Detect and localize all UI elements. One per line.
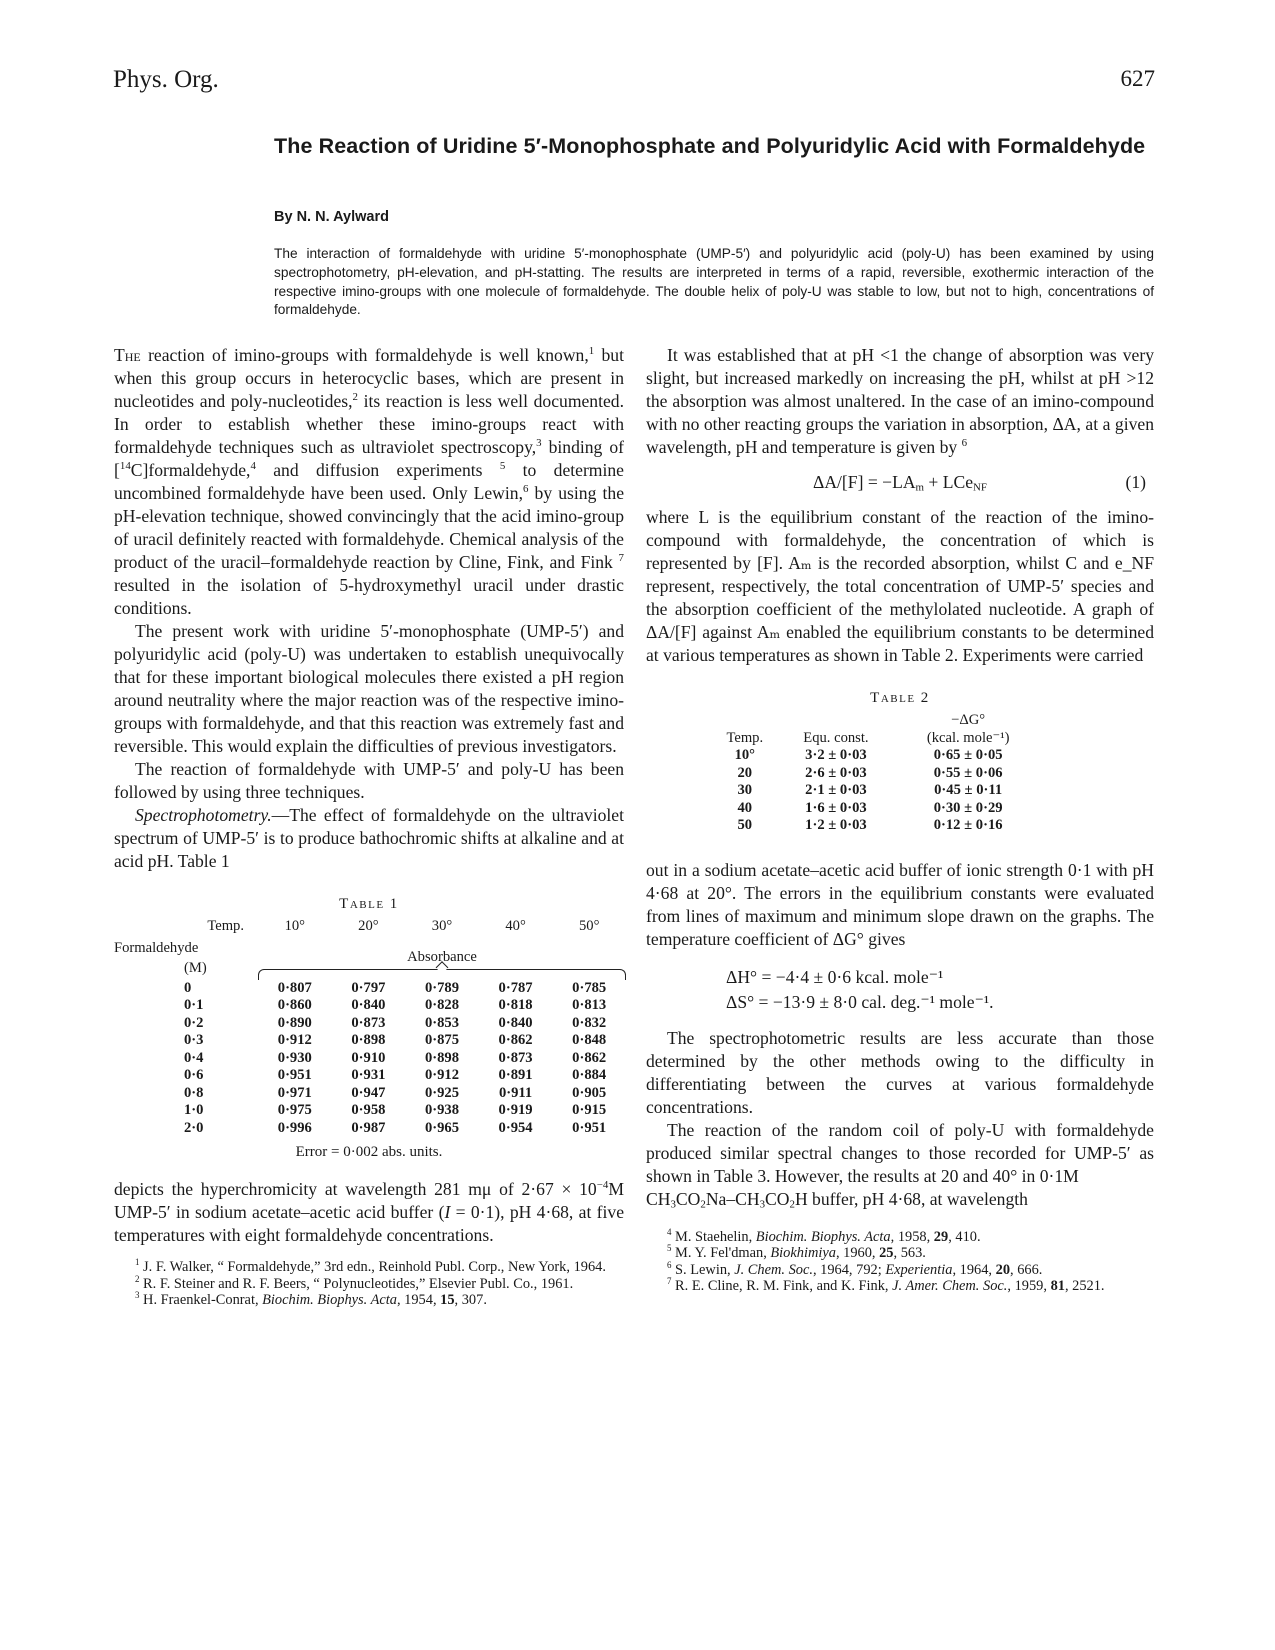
cell: 0·813 (552, 997, 626, 1015)
table-2-title: Table 2 (646, 687, 1154, 710)
journal: Biochim. Biophys. Acta (262, 1292, 397, 1308)
cell: 2·6 ± 0·03 (778, 765, 895, 783)
table-row: 0·10·8600·8400·8280·8180·813 (146, 997, 626, 1015)
cell: 0·905 (552, 1085, 626, 1103)
intro-paragraph: The reaction of imino-groups with formal… (114, 344, 624, 620)
cell: 0·915 (552, 1102, 626, 1120)
temp-header: 30° (405, 918, 479, 936)
cell: 0·910 (332, 1050, 406, 1068)
isotope-mass: 14 (120, 460, 131, 472)
cell: 10° (712, 747, 778, 765)
text: H buffer, pH 4·68, at wavelength (795, 1189, 1028, 1209)
byline: By N. N. Aylward (274, 209, 389, 225)
cell: 0·891 (479, 1067, 553, 1085)
cell: 3·2 ± 0·03 (778, 747, 895, 765)
cell: 0·45 ± 0·11 (894, 782, 1042, 800)
text: , 1964, (952, 1262, 995, 1278)
section-heading: Spectrophotometry. (135, 805, 272, 825)
cell: 0·12 ± 0·16 (894, 817, 1042, 835)
subscript: NF (973, 482, 987, 494)
left-column: The reaction of imino-groups with formal… (114, 344, 624, 1309)
paragraph: depicts the hyperchromicity at wavelengt… (114, 1178, 624, 1247)
conc-cell: 0·1 (146, 997, 258, 1015)
footnote: 1 J. F. Walker, “ Formaldehyde,” 3rd edn… (114, 1259, 624, 1276)
table-1-footer: Error = 0·002 abs. units. (114, 1141, 624, 1164)
text: S. Lewin, (671, 1262, 734, 1278)
text: R. E. Cline, R. M. Fink, and K. Fink, (671, 1278, 892, 1294)
col-header: (kcal. mole⁻¹) (894, 730, 1042, 748)
abstract: The interaction of formaldehyde with uri… (274, 245, 1154, 320)
cell: 0·947 (332, 1085, 406, 1103)
page-number: 627 (1121, 66, 1156, 92)
volume: 25 (879, 1245, 893, 1261)
cell: 0·797 (332, 980, 406, 998)
equation-number: (1) (1125, 471, 1146, 494)
footnote: 2 R. F. Steiner and R. F. Beers, “ Polyn… (114, 1276, 624, 1293)
enthalpy-value: ΔH° = −4·4 ± 0·6 kcal. mole⁻¹ (726, 965, 1154, 990)
cell: 0·848 (552, 1032, 626, 1050)
cell: 0·862 (479, 1032, 553, 1050)
absorbance-brace (258, 969, 626, 980)
col-header: −ΔG° (894, 712, 1042, 730)
table-1-title: Table 1 (114, 893, 624, 916)
ref-7: 7 (619, 552, 624, 564)
text: H. Fraenkel-Conrat, (139, 1292, 262, 1308)
footnotes-right: 4 M. Staehelin, Biochim. Biophys. Acta, … (646, 1229, 1154, 1295)
paragraph: The reaction of the random coil of poly-… (646, 1119, 1154, 1188)
paragraph: The reaction of formaldehyde with UMP-5′… (114, 758, 624, 804)
table-row: 401·6 ± 0·030·30 ± 0·29 (712, 800, 1042, 818)
footnotes-left: 1 J. F. Walker, “ Formaldehyde,” 3rd edn… (114, 1259, 624, 1309)
volume: 29 (934, 1229, 948, 1245)
running-head: Phys. Org. (113, 66, 219, 94)
cell: 0·840 (479, 1015, 553, 1033)
spectrophotometry-paragraph: Spectrophotometry.—The effect of formald… (114, 804, 624, 873)
table-row: 0·80·9710·9470·9250·9110·905 (146, 1085, 626, 1103)
cell: 0·807 (258, 980, 332, 998)
table-1: Temp. 10° 20° 30° 40° 50° Formaldehyde (… (146, 918, 626, 1137)
footnote: 6 S. Lewin, J. Chem. Soc., 1964, 792; Ex… (646, 1262, 1154, 1279)
paragraph: CH3CO2Na–CH3CO2H buffer, pH 4·68, at wav… (646, 1188, 1154, 1211)
text: M. Staehelin, (671, 1229, 755, 1245)
cell: 0·919 (479, 1102, 553, 1120)
volume: 81 (1051, 1278, 1065, 1294)
paragraph: The spectrophotometric results are less … (646, 1027, 1154, 1119)
text: CH (646, 1189, 670, 1209)
conc-cell: 2·0 (146, 1120, 258, 1138)
table-row: 501·2 ± 0·030·12 ± 0·16 (712, 817, 1042, 835)
text: , 563. (894, 1245, 926, 1261)
conc-cell: 0·6 (146, 1067, 258, 1085)
table-row: 1·00·9750·9580·9380·9190·915 (146, 1102, 626, 1120)
cell: 0·789 (405, 980, 479, 998)
cell: 0·65 ± 0·05 (894, 747, 1042, 765)
text: reaction of imino-groups with formaldehy… (141, 345, 589, 365)
cell: 50 (712, 817, 778, 835)
text: , 666. (1010, 1262, 1042, 1278)
text: , 410. (948, 1229, 980, 1245)
footnote: 7 R. E. Cline, R. M. Fink, and K. Fink, … (646, 1278, 1154, 1295)
unit-label: (M) (146, 957, 258, 980)
cell: 0·898 (405, 1050, 479, 1068)
volume: 20 (996, 1262, 1010, 1278)
cell: 0·30 ± 0·29 (894, 800, 1042, 818)
cell: 0·931 (332, 1067, 406, 1085)
journal: Biokhimiya (770, 1245, 836, 1261)
cell: 1·2 ± 0·03 (778, 817, 895, 835)
footnote: 3 H. Fraenkel-Conrat, Biochim. Biophys. … (114, 1292, 624, 1309)
text: , 307. (455, 1292, 487, 1308)
text: CO (676, 1189, 700, 1209)
cell: 0·853 (405, 1015, 479, 1033)
cell: 40 (712, 800, 778, 818)
cell: 0·958 (332, 1102, 406, 1120)
cell: 0·911 (479, 1085, 553, 1103)
journal: Biochim. Biophys. Acta (756, 1229, 891, 1245)
cell: 0·840 (332, 997, 406, 1015)
table-row: 0·40·9300·9100·8980·8730·862 (146, 1050, 626, 1068)
cell: 0·925 (405, 1085, 479, 1103)
text: C]formaldehyde, (131, 460, 251, 480)
text: , 1960, (836, 1245, 879, 1261)
entropy-value: ΔS° = −13·9 ± 8·0 cal. deg.⁻¹ mole⁻¹. (726, 990, 1154, 1015)
table-row: 202·6 ± 0·030·55 ± 0·06 (712, 765, 1042, 783)
paragraph: It was established that at pH <1 the cha… (646, 344, 1154, 459)
text: and diffusion experiments (256, 460, 500, 480)
text: Na–CH (706, 1189, 760, 1209)
text: , 1958, (891, 1229, 934, 1245)
cell: 0·832 (552, 1015, 626, 1033)
conc-cell: 1·0 (146, 1102, 258, 1120)
formaldehyde-label: Formaldehyde (114, 936, 226, 958)
table-row: 10°3·2 ± 0·030·65 ± 0·05 (712, 747, 1042, 765)
equation-1: ΔA/[F] = −LAm + LCeNF (1) (646, 471, 1154, 494)
temp-header: 40° (479, 918, 553, 936)
table-row: 00·8070·7970·7890·7870·785 (146, 980, 626, 998)
temp-header: 50° (552, 918, 626, 936)
volume: 15 (440, 1292, 454, 1308)
footnote-text: R. F. Steiner and R. F. Beers, “ Polynuc… (139, 1276, 573, 1292)
cell: 0·55 ± 0·06 (894, 765, 1042, 783)
table-row: 0·30·9120·8980·8750·8620·848 (146, 1032, 626, 1050)
paragraph: where L is the equilibrium constant of t… (646, 506, 1154, 667)
cell: 0·787 (479, 980, 553, 998)
subscript: m (916, 482, 924, 494)
cell: 0·873 (332, 1015, 406, 1033)
text: CO (765, 1189, 789, 1209)
cell: 2·1 ± 0·03 (778, 782, 895, 800)
cell: 0·951 (552, 1120, 626, 1138)
text: It was established that at pH <1 the cha… (646, 345, 1154, 457)
cell: 0·930 (258, 1050, 332, 1068)
cell: 0·938 (405, 1102, 479, 1120)
cell: 20 (712, 765, 778, 783)
table-row: 0·20·8900·8730·8530·8400·832 (146, 1015, 626, 1033)
col-header: Equ. const. (778, 730, 895, 748)
cell: 0·862 (552, 1050, 626, 1068)
cell: 0·954 (479, 1120, 553, 1138)
conc-cell: 0 (146, 980, 258, 998)
cell: 0·818 (479, 997, 553, 1015)
article-title: The Reaction of Uridine 5′-Monophosphate… (274, 133, 1154, 160)
table-2: −ΔG° Temp. Equ. const. (kcal. mole⁻¹) 10… (712, 712, 1042, 835)
temp-header: 20° (332, 918, 406, 936)
text: , 1964, 792; (813, 1262, 885, 1278)
equation-text: ΔA/[F] = −LA (813, 472, 916, 492)
cell: 0·785 (552, 980, 626, 998)
cell: 30 (712, 782, 778, 800)
paragraph: The present work with uridine 5′-monopho… (114, 620, 624, 758)
text: , 2521. (1065, 1278, 1105, 1294)
cell: 0·971 (258, 1085, 332, 1103)
journal: Experientia (885, 1262, 952, 1278)
cell: 0·951 (258, 1067, 332, 1085)
right-column: It was established that at pH <1 the cha… (646, 344, 1154, 1295)
cell: 0·996 (258, 1120, 332, 1138)
thermodynamic-values: ΔH° = −4·4 ± 0·6 kcal. mole⁻¹ ΔS° = −13·… (726, 965, 1154, 1015)
cell: 0·873 (479, 1050, 553, 1068)
conc-cell: 0·2 (146, 1015, 258, 1033)
paragraph: out in a sodium acetate–acetic acid buff… (646, 859, 1154, 951)
text: M. Y. Fel'dman, (671, 1245, 770, 1261)
text: resulted in the isolation of 5-hydroxyme… (114, 575, 624, 618)
cell: 0·965 (405, 1120, 479, 1138)
ref-6: 6 (962, 437, 967, 449)
cell: 0·884 (552, 1067, 626, 1085)
cell: 0·860 (258, 997, 332, 1015)
exponent: −4 (597, 1179, 609, 1191)
cell: 0·975 (258, 1102, 332, 1120)
cell: 0·875 (405, 1032, 479, 1050)
temp-header: 10° (258, 918, 332, 936)
cell: 0·987 (332, 1120, 406, 1138)
journal: J. Amer. Chem. Soc. (892, 1278, 1007, 1294)
conc-cell: 0·4 (146, 1050, 258, 1068)
text: , 1959, (1007, 1278, 1050, 1294)
table-row: 0·60·9510·9310·9120·8910·884 (146, 1067, 626, 1085)
footnote-text: J. F. Walker, “ Formaldehyde,” 3rd edn.,… (139, 1259, 606, 1275)
footnote: 5 M. Y. Fel'dman, Biokhimiya, 1960, 25, … (646, 1245, 1154, 1262)
lead-in: The (114, 345, 141, 365)
cell: 0·828 (405, 997, 479, 1015)
text: depicts the hyperchromicity at wavelengt… (114, 1179, 597, 1199)
col-header: Temp. (712, 730, 778, 748)
equation-text: + LCe (924, 472, 973, 492)
cell: 0·890 (258, 1015, 332, 1033)
cell: 0·898 (332, 1032, 406, 1050)
temp-label: Temp. (146, 918, 258, 936)
cell: 0·912 (258, 1032, 332, 1050)
conc-cell: 0·3 (146, 1032, 258, 1050)
cell: 0·912 (405, 1067, 479, 1085)
footnote: 4 M. Staehelin, Biochim. Biophys. Acta, … (646, 1229, 1154, 1246)
table-row: 2·00·9960·9870·9650·9540·951 (146, 1120, 626, 1138)
table-row: 302·1 ± 0·030·45 ± 0·11 (712, 782, 1042, 800)
text: , 1954, (397, 1292, 440, 1308)
conc-cell: 0·8 (146, 1085, 258, 1103)
journal: J. Chem. Soc. (734, 1262, 813, 1278)
cell: 1·6 ± 0·03 (778, 800, 895, 818)
